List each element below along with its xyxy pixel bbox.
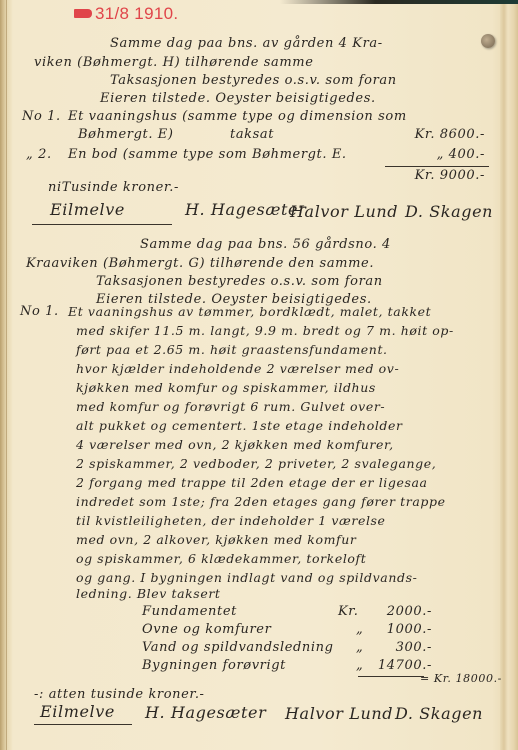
signature-6: H. Hagesæter [145,703,266,722]
signature-underline [32,224,172,225]
entry1-item2-amount: „ 400.- [400,147,485,162]
valuation-amount-4: 14700.- [360,658,432,673]
entry1-words: niTusinde kroner.- [48,180,179,195]
valuation-prefix-1: Kr. [338,604,358,619]
sum-rule [385,166,489,167]
entry1-line-4: Eieren tilstede. Oeyster beisigtigedes. [100,91,376,106]
entry1-item1-label: taksat [230,127,274,142]
desc-line-12: til kvistleiligheten, der indeholder 1 v… [76,513,386,528]
margin-rule [6,0,7,750]
entry1-line-3: Taksasjonen bestyredes o.s.v. som foran [110,73,397,88]
desc-line-14: og spiskammer, 6 klædekammer, torkeloft [76,551,366,566]
entry1-item2-no: „ 2. [26,147,52,162]
ledger-page: 31/8 1910. Samme dag paa bns. av gården … [0,0,518,750]
signature-underline-2 [34,724,132,725]
page-edge [500,0,518,750]
desc-line-13: med ovn, 2 alkover, kjøkken med komfur [76,532,356,547]
valuation-label-4: Bygningen forøvrigt [142,658,286,673]
stamp-date: 31/8 1910. [95,4,178,24]
entry1-item1-text: Et vaaningshus (samme type og dimension … [68,109,407,124]
signature-7: Halvor Lund [285,704,393,723]
desc-line-6: med komfur og forøvrigt 6 rum. Gulvet ov… [76,399,385,414]
valuation-sum-rule [358,676,424,677]
entry1-item2-text: En bod (samme type som Bøhmergt. E. [68,147,347,162]
valuation-label-1: Fundamentet [142,604,237,619]
entry2-total: = Kr. 18000.- [420,672,502,685]
entry1-item1-amount: Kr. 8600.- [400,127,485,142]
valuation-amount-3: 300.- [360,640,432,655]
entry2-words: -: atten tusinde kroner.- [34,687,205,702]
entry1-total: Kr. 9000.- [390,168,485,183]
entry1-item1-no: No 1. [22,109,61,124]
desc-line-15: og gang. I bygningen indlagt vand og spi… [76,570,417,585]
desc-line-11: indredet som 1ste; fra 2den etages gang … [76,494,446,509]
desc-line-2: med skifer 11.5 m. langt, 9.9 m. bredt o… [76,323,454,338]
date-stamp: 31/8 1910. [74,4,178,24]
pointing-hand-icon [74,9,92,18]
top-shadow [280,0,518,4]
desc-line-3: ført paa et 2.65 m. høit graastensfundam… [76,342,388,357]
desc-line-10: 2 forgang med trappe til 2den etage der … [76,475,428,490]
signature-2: H. Hagesæter [185,200,306,219]
entry1-item1-text2: Bøhmergt. E) [78,127,174,142]
valuation-label-3: Vand og spildvandsledning [142,640,334,655]
entry2-line-1: Samme dag paa bns. 56 gårdsno. 4 [140,237,391,252]
entry1-line-1: Samme dag paa bns. av gården 4 Kra- [110,36,383,51]
signature-4: D. Skagen [405,202,493,221]
valuation-amount-2: 1000.- [360,622,432,637]
desc-line-7: alt pukket og cementert. 1ste etage inde… [76,418,403,433]
desc-line-9: 2 spiskammer, 2 vedboder, 2 priveter, 2 … [76,456,436,471]
entry1-line-2: viken (Bøhmergt. H) tilhørende samme [34,55,314,70]
desc-line-1: Et vaaningshus av tømmer, bordklædt, mal… [68,304,431,319]
desc-line-8: 4 værelser med ovn, 2 kjøkken med komfur… [76,437,394,452]
entry2-line-2: Kraaviken (Bøhmergt. G) tilhørende den s… [26,256,374,271]
entry2-line-3: Taksasjonen bestyredes o.s.v. som foran [96,274,383,289]
signature-8: D. Skagen [395,704,483,723]
valuation-label-2: Ovne og komfurer [142,622,271,637]
signature-3: Halvor Lund [290,202,398,221]
entry2-item-no: No 1. [20,304,59,319]
pin-icon [481,34,495,48]
signature-1: Eilmelve [50,200,125,219]
desc-line-5: kjøkken med komfur og spiskammer, ildhus [76,380,376,395]
desc-line-16: ledning. Blev taksert [76,586,221,601]
valuation-amount-1: 2000.- [360,604,432,619]
signature-5: Eilmelve [40,702,115,721]
desc-line-4: hvor kjælder indeholdende 2 værelser med… [76,361,399,376]
